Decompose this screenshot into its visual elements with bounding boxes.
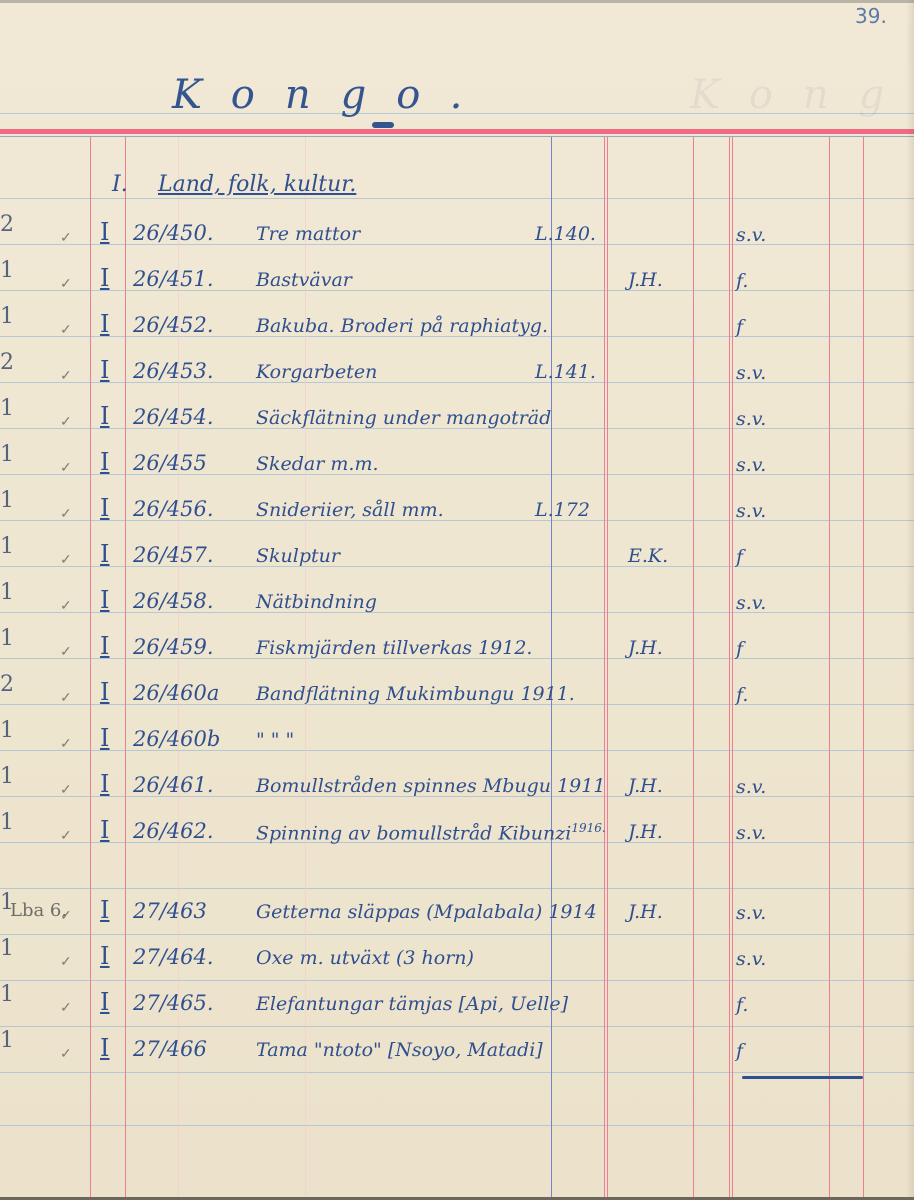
ledger-row: ✓ I 26/462. Spinning av bomullstråd Kibu…: [0, 810, 914, 856]
ledger-row: ✓ I 26/454. Säckflätning under mangoträd…: [0, 396, 914, 442]
checkmark-icon: ✓: [60, 598, 72, 614]
ledger-row: ✓ I 26/450. Tre mattor L.140. s.v. 2: [0, 212, 914, 258]
checkmark-icon: ✓: [60, 690, 72, 706]
collector-initials: J.H.: [628, 637, 663, 659]
catalogue-number: 26/458.: [133, 589, 214, 613]
description: " " ": [256, 729, 294, 751]
catalogue-number: 26/462.: [133, 819, 214, 843]
catalogue-number: 26/456.: [133, 497, 214, 521]
ledger-page: 39. Kongo. Kongo. I. Land, folk, kultur.…: [0, 0, 914, 1200]
class-numeral: I: [100, 540, 109, 568]
catalogue-number: 27/466: [133, 1037, 207, 1061]
catalogue-number: 26/460a: [133, 681, 219, 705]
checkmark-icon: ✓: [60, 954, 72, 970]
catalogue-number: 26/453.: [133, 359, 214, 383]
section-numeral: I.: [112, 172, 128, 197]
collector-initials: J.H.: [628, 901, 663, 923]
description: Bastvävar: [256, 269, 352, 291]
checkmark-icon: ✓: [60, 908, 72, 924]
item-type: f: [736, 546, 743, 568]
description: Tama "ntoto" [Nsoyo, Matadi]: [256, 1039, 543, 1061]
description: Korgarbeten: [256, 361, 377, 383]
description: Oxe m. utväxt (3 horn): [256, 947, 474, 969]
description: Spinning av bomullstråd Kibunzi1916.: [256, 821, 606, 844]
quantity: 1: [0, 810, 14, 835]
catalogue-number: 27/463: [133, 899, 207, 923]
ledger-row: ✓ I 26/459. Fiskmjärden tillverkas 1912.…: [0, 626, 914, 672]
class-numeral: I: [100, 356, 109, 384]
checkmark-icon: ✓: [60, 828, 72, 844]
ledger-row: ✓ I 26/451. Bastvävar J.H. f. 1: [0, 258, 914, 304]
checkmark-icon: ✓: [60, 552, 72, 568]
description: Skedar m.m.: [256, 453, 379, 475]
page-title: Kongo.: [172, 72, 492, 118]
rule-line: [0, 888, 914, 889]
item-type: f: [736, 638, 743, 660]
checkmark-icon: ✓: [60, 644, 72, 660]
checkmark-icon: ✓: [60, 276, 72, 292]
catalogue-number: 27/465.: [133, 991, 214, 1015]
class-numeral: I: [100, 816, 109, 844]
quantity: 2: [0, 672, 14, 697]
class-numeral: I: [100, 724, 109, 752]
quantity: 1: [0, 1028, 14, 1053]
quantity: 1: [0, 442, 14, 467]
class-numeral: I: [100, 896, 109, 924]
ledger-row: ✓ I 26/455 Skedar m.m. s.v. 1: [0, 442, 914, 488]
section-heading: Land, folk, kultur.: [158, 172, 356, 197]
class-numeral: I: [100, 942, 109, 970]
quantity: 1: [0, 258, 14, 283]
ledger-row: ✓ I 27/465. Elefantungar tämjas [Api, Ue…: [0, 982, 914, 1028]
year-superscript: 1916.: [571, 821, 605, 835]
item-type: f.: [736, 270, 748, 292]
item-type: f: [736, 1040, 743, 1062]
title-flourish: [372, 122, 394, 128]
item-type: s.v.: [736, 500, 766, 522]
checkmark-icon: ✓: [60, 368, 72, 384]
quantity: 1: [0, 764, 14, 789]
collector-initials: J.H.: [628, 269, 663, 291]
ledger-row: ✓ I 26/460a Bandflätning Mukimbungu 1911…: [0, 672, 914, 718]
literature-reference: L.141.: [535, 361, 596, 383]
item-type: s.v.: [736, 776, 766, 798]
bleed-through-title: Kongo.: [690, 72, 914, 118]
page-right-shadow: [906, 0, 914, 1200]
rule-line: [0, 198, 914, 199]
checkmark-icon: ✓: [60, 782, 72, 798]
ledger-row: ✓ I 26/452. Bakuba. Broderi på raphiatyg…: [0, 304, 914, 350]
checkmark-icon: ✓: [60, 230, 72, 246]
quantity: 1: [0, 982, 14, 1007]
literature-reference: L.140.: [535, 223, 596, 245]
item-type: s.v.: [736, 902, 766, 924]
item-type: s.v.: [736, 948, 766, 970]
ledger-row: ✓ I 27/464. Oxe m. utväxt (3 horn) s.v. …: [0, 936, 914, 982]
catalogue-number: 26/450.: [133, 221, 214, 245]
class-numeral: I: [100, 310, 109, 338]
item-type: s.v.: [736, 592, 766, 614]
description: Bandflätning Mukimbungu 1911.: [256, 683, 575, 705]
description: Tre mattor: [256, 223, 360, 245]
catalogue-number: 26/459.: [133, 635, 214, 659]
page-top-edge: [0, 0, 914, 3]
item-type: s.v.: [736, 822, 766, 844]
class-numeral: I: [100, 218, 109, 246]
class-numeral: I: [100, 632, 109, 660]
description: Skulptur: [256, 545, 340, 567]
quantity: 2: [0, 350, 14, 375]
quantity: 2: [0, 212, 14, 237]
header-blue-rule: [0, 136, 914, 137]
item-type: f.: [736, 994, 748, 1016]
catalogue-number: 26/452.: [133, 313, 214, 337]
class-numeral: I: [100, 988, 109, 1016]
class-numeral: I: [100, 678, 109, 706]
description: Fiskmjärden tillverkas 1912.: [256, 637, 532, 659]
item-type: f: [736, 316, 743, 338]
checkmark-icon: ✓: [60, 506, 72, 522]
catalogue-number: 27/464.: [133, 945, 214, 969]
description: Bomullstråden spinnes Mbugu 1911: [256, 775, 605, 797]
class-numeral: I: [100, 770, 109, 798]
literature-reference: L.172: [535, 499, 590, 521]
ledger-row: ✓ I 26/458. Nätbindning s.v. 1: [0, 580, 914, 626]
item-type: s.v.: [736, 408, 766, 430]
closing-rule: [742, 1076, 863, 1079]
ledger-row: ✓ I 26/456. Snideriier, såll mm. L.172 s…: [0, 488, 914, 534]
item-type: s.v.: [736, 454, 766, 476]
quantity: 1: [0, 936, 14, 961]
catalogue-number: 26/455: [133, 451, 207, 475]
page-number: 39.: [855, 4, 887, 28]
catalogue-number: 26/457.: [133, 543, 214, 567]
description: Snideriier, såll mm.: [256, 499, 444, 521]
description: Getterna släppas (Mpalabala) 1914: [256, 901, 597, 923]
class-numeral: I: [100, 264, 109, 292]
catalogue-number: 26/460b: [133, 727, 220, 751]
class-numeral: I: [100, 494, 109, 522]
description: Bakuba. Broderi på raphiatyg.: [256, 315, 548, 337]
class-numeral: I: [100, 1034, 109, 1062]
ledger-row: ✓ I 26/461. Bomullstråden spinnes Mbugu …: [0, 764, 914, 810]
catalogue-number: 26/461.: [133, 773, 214, 797]
collector-initials: J.H.: [628, 775, 663, 797]
quantity: 1: [0, 718, 14, 743]
quantity: 1: [0, 396, 14, 421]
checkmark-icon: ✓: [60, 1000, 72, 1016]
catalogue-number: 26/454.: [133, 405, 214, 429]
item-type: s.v.: [736, 224, 766, 246]
quantity: 1: [0, 488, 14, 513]
checkmark-icon: ✓: [60, 414, 72, 430]
class-numeral: I: [100, 402, 109, 430]
ledger-row: ✓ I 26/453. Korgarbeten L.141. s.v. 2: [0, 350, 914, 396]
ledger-row: ✓ I 26/460b " " " 1: [0, 718, 914, 764]
checkmark-icon: ✓: [60, 322, 72, 338]
catalogue-number: 26/451.: [133, 267, 214, 291]
quantity: 1: [0, 626, 14, 651]
collector-initials: J.H.: [628, 821, 663, 843]
ledger-row: ✓ I 26/457. Skulptur E.K. f 1: [0, 534, 914, 580]
collector-initials: E.K.: [628, 545, 668, 567]
class-numeral: I: [100, 586, 109, 614]
rule-line: [0, 1125, 914, 1126]
item-type: f.: [736, 684, 748, 706]
item-type: s.v.: [736, 362, 766, 384]
class-numeral: I: [100, 448, 109, 476]
checkmark-icon: ✓: [60, 736, 72, 752]
quantity: 1: [0, 304, 14, 329]
header-red-rule: [0, 129, 914, 134]
description: Säckflätning under mangoträd: [256, 407, 551, 429]
quantity: 1: [0, 534, 14, 559]
checkmark-icon: ✓: [60, 1046, 72, 1062]
description: Elefantungar tämjas [Api, Uelle]: [256, 993, 568, 1015]
ledger-row: Lba 6. ✓ I 27/463 Getterna släppas (Mpal…: [0, 890, 914, 936]
ledger-row: ✓ I 27/466 Tama "ntoto" [Nsoyo, Matadi] …: [0, 1028, 914, 1074]
description: Nätbindning: [256, 591, 377, 613]
checkmark-icon: ✓: [60, 460, 72, 476]
quantity: 1: [0, 580, 14, 605]
margin-note: Lba 6.: [10, 900, 67, 921]
